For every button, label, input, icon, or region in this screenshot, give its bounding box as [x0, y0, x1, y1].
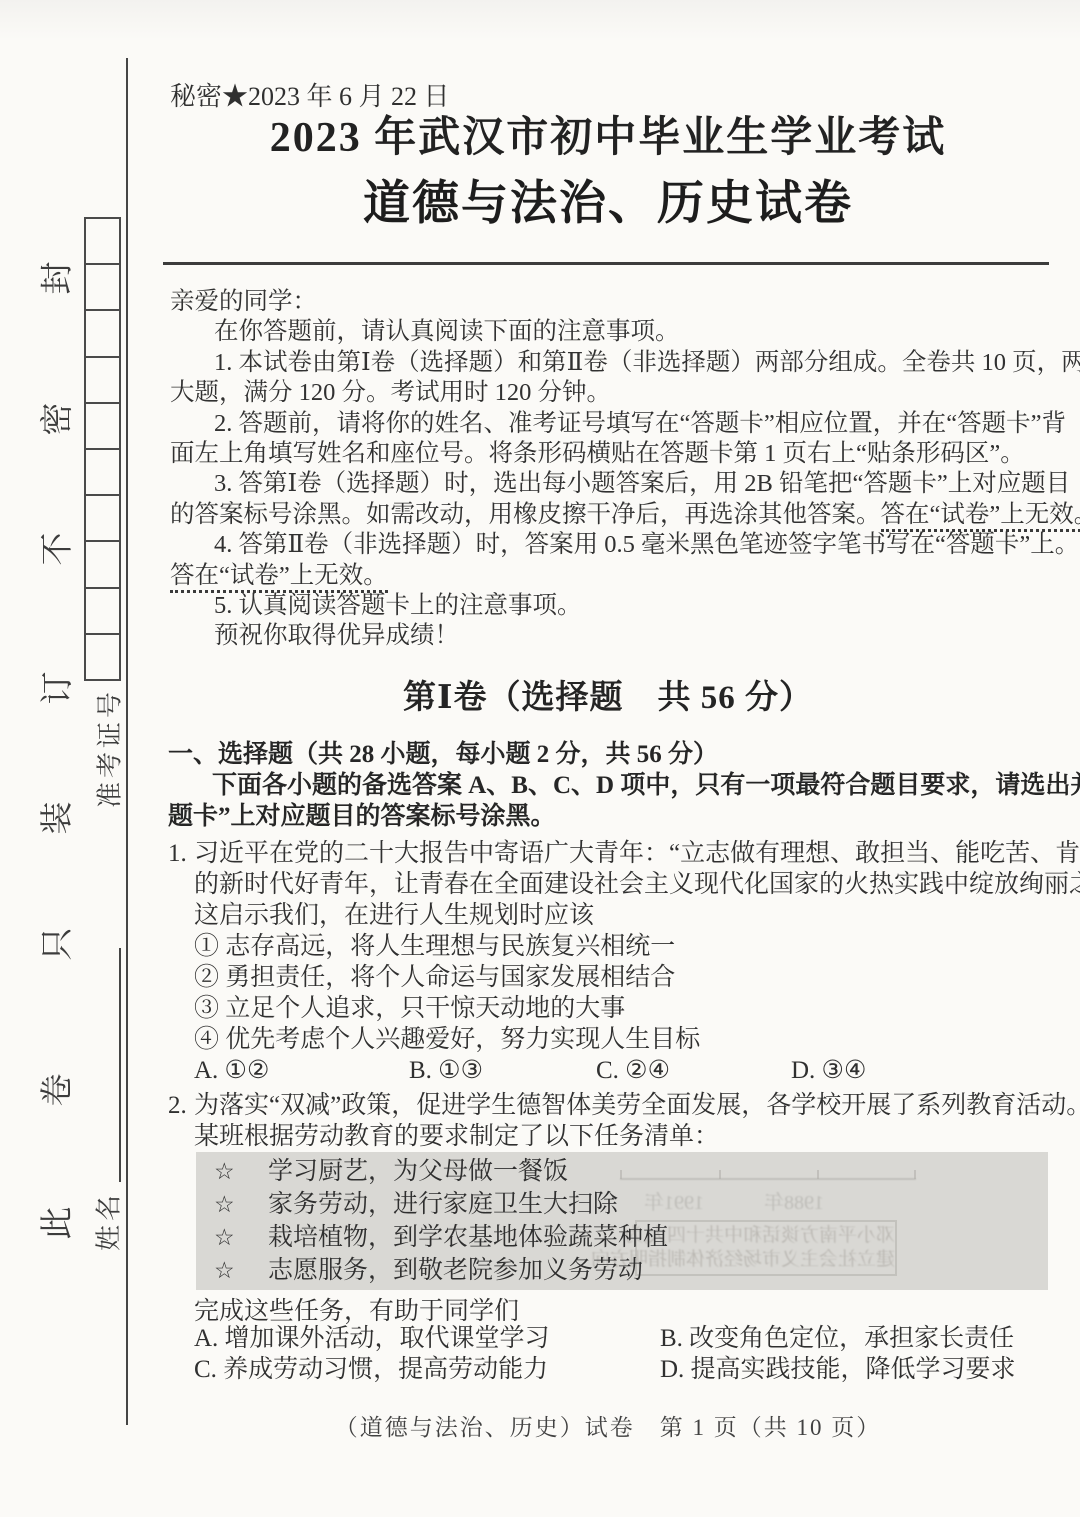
task-list-box: 1988年 1991年 邓小平南方谈话和中共十四大,为 建立社会主义市场经济体制… [196, 1152, 1048, 1290]
question-1-point-2: ② 勇担责任，将个人命运与国家发展相结合 [194, 962, 1052, 993]
notice-item-1: 1. 本试卷由第Ⅰ卷（选择题）和第Ⅱ卷（非选择题）两部分组成。全卷共 10 页，… [170, 348, 1050, 378]
question-2-options: A. 增加课外活动，取代课堂学习 B. 改变角色定位，承担家长责任 C. 养成劳… [194, 1323, 1050, 1385]
notice-item-1: 大题，满分 120 分。考试用时 120 分钟。 [170, 378, 1050, 408]
notice-intro: 在你答题前，请认真阅读下面的注意事项。 [170, 317, 1050, 347]
name-label: 姓名 [89, 1191, 126, 1251]
notice-item-2: 2. 答题前，请将你的姓名、准考证号填写在“答题卡”相应位置，并在“答题卡”背 [170, 409, 1050, 439]
question-1-point-1: ① 志存高远，将人生理想与民族复兴相统一 [194, 931, 1052, 962]
question-2: 2. 为落实“双减”政策，促进学生德智体美劳全面发展，各学校开展了系列教育活动。… [168, 1090, 1052, 1152]
page-footer: （道德与法治、历史）试卷 第 1 页（共 10 页） [168, 1409, 1048, 1442]
seal-margin-char: 封 [37, 257, 79, 299]
task-item-3: ☆栽培植物，到学农基地体验蔬菜种植 [214, 1221, 1048, 1254]
notice-block: 亲爱的同学： 在你答题前，请认真阅读下面的注意事项。 1. 本试卷由第Ⅰ卷（选择… [170, 287, 1050, 652]
exam-paper-page: 封 密 不 订 装 只 卷 此 准考证号 姓名 秘密★2023 年 6 月 22… [0, 0, 1080, 1517]
star-icon: ☆ [214, 1155, 268, 1188]
admission-number-box [86, 496, 119, 542]
admission-number-box [86, 635, 119, 679]
option-a: A. 增加课外活动，取代课堂学习 [194, 1323, 660, 1354]
seal-margin-char: 订 [37, 667, 79, 709]
question-2-closing: 完成这些任务，有助于同学们 [194, 1291, 519, 1327]
name-blank-line [119, 948, 121, 1182]
admission-number-box [86, 542, 119, 588]
task-item-4: ☆志愿服务，到敬老院参加义务劳动 [214, 1254, 1048, 1287]
question-1-stem: 的新时代好青年，让青春在全面建设社会主义现代化国家的火热实践中绽放绚丽之花。” [194, 869, 1052, 900]
admission-number-box [86, 358, 119, 404]
header-rule [163, 262, 1049, 265]
question-2-number: 2. [168, 1090, 187, 1121]
notice-wish: 预祝你取得优异成绩！ [170, 621, 1050, 651]
seal-margin-char: 此 [37, 1202, 79, 1244]
question-2-stem: 某班根据劳动教育的要求制定了以下任务清单： [194, 1121, 1052, 1152]
paper-subtitle: 道德与法治、历史试卷 [168, 166, 1048, 233]
admission-number-grid [84, 217, 121, 681]
notice-item-3: 3. 答第Ⅰ卷（选择题）时，选出每小题答案后，用 2B 铅笔把“答题卡”上对应题… [170, 469, 1050, 499]
section-1-subheading: 一、选择题（共 28 小题，每小题 2 分，共 56 分） [168, 739, 1052, 770]
seal-margin-char: 卷 [37, 1069, 79, 1111]
question-1-stem: 习近平在党的二十大报告中寄语广大青年：“立志做有理想、敢担当、能吃苦、肯奋斗 [194, 838, 1052, 869]
option-d: D. 提高实践技能，降低学习要求 [660, 1354, 1050, 1385]
option-a: A. ①② [194, 1055, 409, 1086]
question-1-stem: 这启示我们，在进行人生规划时应该 [194, 900, 1052, 931]
option-b: B. 改变角色定位，承担家长责任 [660, 1323, 1050, 1354]
seal-border-line [126, 58, 128, 1425]
notice-item-4: 答在“试卷”上无效。 [170, 561, 1050, 591]
notice-item-5: 5. 认真阅读答题卡上的注意事项。 [170, 591, 1050, 621]
task-item-2: ☆家务劳动，进行家庭卫生大扫除 [214, 1188, 1048, 1221]
admission-number-box [86, 311, 119, 357]
admission-number-box [86, 219, 119, 265]
question-1-number: 1. [168, 838, 187, 869]
section-1-instruction: 下面各小题的备选答案 A、B、C、D 项中，只有一项最符合题目要求，请选出并把“… [168, 770, 1052, 801]
notice-salutation: 亲爱的同学： [170, 287, 1050, 317]
star-icon: ☆ [214, 1188, 268, 1221]
option-b: B. ①③ [409, 1055, 596, 1086]
emphasized-invalid-note: 答在“试卷”上无效。 [170, 562, 388, 593]
option-d: D. ③④ [791, 1055, 866, 1086]
admission-number-box [86, 589, 119, 635]
task-item-1: ☆学习厨艺，为父母做一餐饭 [214, 1155, 1048, 1188]
seal-margin-char: 不 [37, 528, 79, 570]
notice-item-3: 的答案标号涂黑。如需改动，用橡皮擦干净后，再选涂其他答案。答在“试卷”上无效。 [170, 500, 1050, 530]
notice-item-4: 4. 答第Ⅱ卷（非选择题）时，答案用 0.5 毫米黑色笔迹签字笔书写在“答题卡”… [170, 530, 1050, 560]
admission-number-box [86, 450, 119, 496]
seal-margin-char: 装 [37, 797, 79, 839]
question-1-options: A. ①② B. ①③ C. ②④ D. ③④ [194, 1055, 1052, 1086]
star-icon: ☆ [214, 1221, 268, 1254]
exam-title: 2023 年武汉市初中毕业生学业考试 [168, 104, 1048, 164]
notice-item-2: 面左上角填写姓名和座位号。将条形码横贴在答题卡第 1 页右上“贴条形码区”。 [170, 439, 1050, 469]
question-1-point-4: ④ 优先考虑个人兴趣爱好，努力实现人生目标 [194, 1024, 1052, 1055]
question-2-stem: 为落实“双减”政策，促进学生德智体美劳全面发展，各学校开展了系列教育活动。 [194, 1090, 1052, 1121]
seal-margin-char: 只 [37, 923, 79, 965]
emphasized-invalid-note: 答在“试卷”上无效。 [881, 501, 1080, 532]
question-1: 1. 习近平在党的二十大报告中寄语广大青年：“立志做有理想、敢担当、能吃苦、肯奋… [168, 838, 1052, 1086]
option-c: C. ②④ [596, 1055, 791, 1086]
admission-number-box [86, 265, 119, 311]
section-1-heading: 第Ⅰ卷（选择题 共 56 分） [168, 671, 1048, 718]
section-1-instruction: 题卡”上对应题目的答案标号涂黑。 [168, 801, 1052, 832]
seal-margin-char: 密 [37, 398, 79, 440]
exam-number-label: 准考证号 [90, 688, 127, 808]
question-1-point-3: ③ 立足个人追求，只干惊天动地的大事 [194, 993, 1052, 1024]
option-c: C. 养成劳动习惯，提高劳动能力 [194, 1354, 660, 1385]
star-icon: ☆ [214, 1254, 268, 1287]
admission-number-box [86, 404, 119, 450]
section-1-instructions: 一、选择题（共 28 小题，每小题 2 分，共 56 分） 下面各小题的备选答案… [168, 739, 1052, 832]
